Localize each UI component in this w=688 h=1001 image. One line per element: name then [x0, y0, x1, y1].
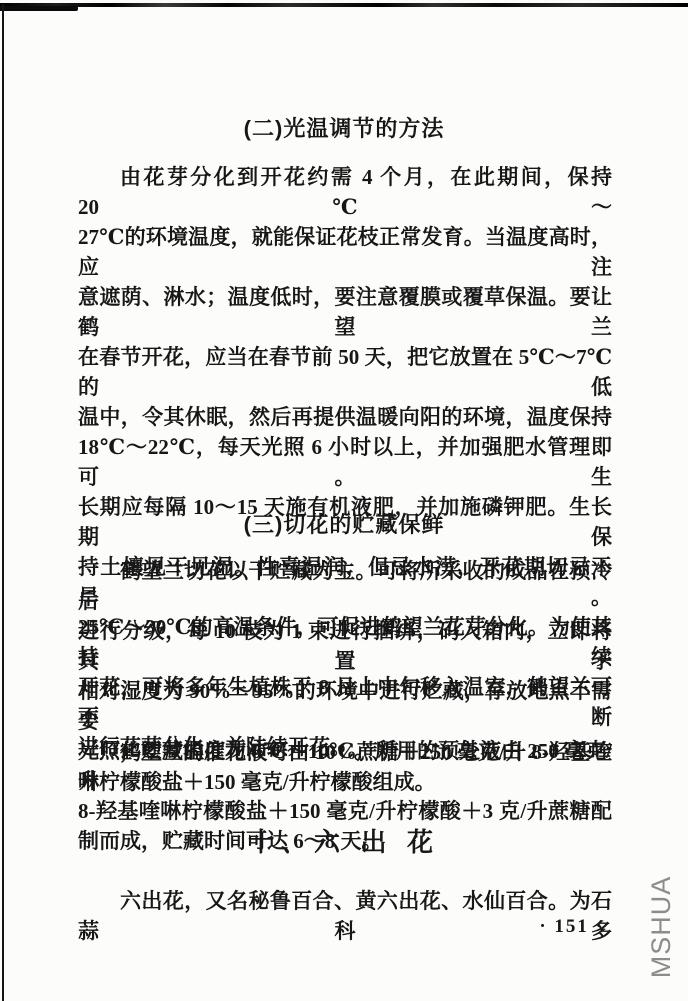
text-line: 温中，令其休眠，然后再提供温暖向阳的环境，温度保持	[78, 402, 612, 432]
text-line: 意遮荫、淋水；温度低时，要注意覆膜或覆草保温。要让鹤望兰	[78, 282, 612, 342]
scan-artifact-top-left-blob	[0, 6, 78, 11]
text-line: 鹤望兰切花以干贮藏为主。可将所采收的成品在预冷后	[78, 556, 612, 616]
scan-artifact-top-edge	[0, 3, 688, 7]
section-heading-storage: (三)切花的贮藏保鲜	[0, 508, 688, 539]
text-line: 27℃的环境温度，就能保证花枝正常发育。当温度高时，应注	[78, 222, 612, 282]
text-line: 由花芽分化到开花约需 4 个月，在此期间，保持 20℃～	[78, 162, 612, 222]
text-line: 在春节开花，应当在春节前 50 天，把它放置在 5℃～7℃的低	[78, 342, 612, 402]
text-line: 18℃～22℃，每天光照 6 小时以上，并加强肥水管理即可。生	[78, 432, 612, 492]
page-number: · 151 ·	[78, 916, 604, 938]
watermark-mshua: MSHUA	[645, 852, 677, 1001]
text-line: 进行分级，每 10 枝为 1 束进行捆绑，码入箱内，立即将其置于	[78, 616, 612, 676]
text-line: 鹤望兰的催花液可由 10%蔗糖＋250 毫克/升 8-羟基喹	[78, 737, 612, 767]
scanned-book-page: (二)光温调节的方法 由花芽分化到开花约需 4 个月，在此期间，保持 20℃～ …	[0, 0, 688, 1001]
text-line: 相对湿度为 90%～95%的环境中进行贮藏，存放地点不需要	[78, 676, 612, 736]
paragraph-storage-2: 鹤望兰的催花液可由 10%蔗糖＋250 毫克/升 8-羟基喹 啉柠檬酸盐＋150…	[78, 737, 612, 797]
section-heading-light-temp: (二)光温调节的方法	[0, 112, 688, 143]
chapter-heading-six-petal-flower: 十、六 出 花	[0, 822, 688, 859]
text-line: 啉柠檬酸盐＋150 毫克/升柠檬酸组成。	[78, 767, 612, 797]
paragraph-storage-1: 鹤望兰切花以干贮藏为主。可将所采收的成品在预冷后 进行分级，每 10 枝为 1 …	[78, 556, 612, 856]
